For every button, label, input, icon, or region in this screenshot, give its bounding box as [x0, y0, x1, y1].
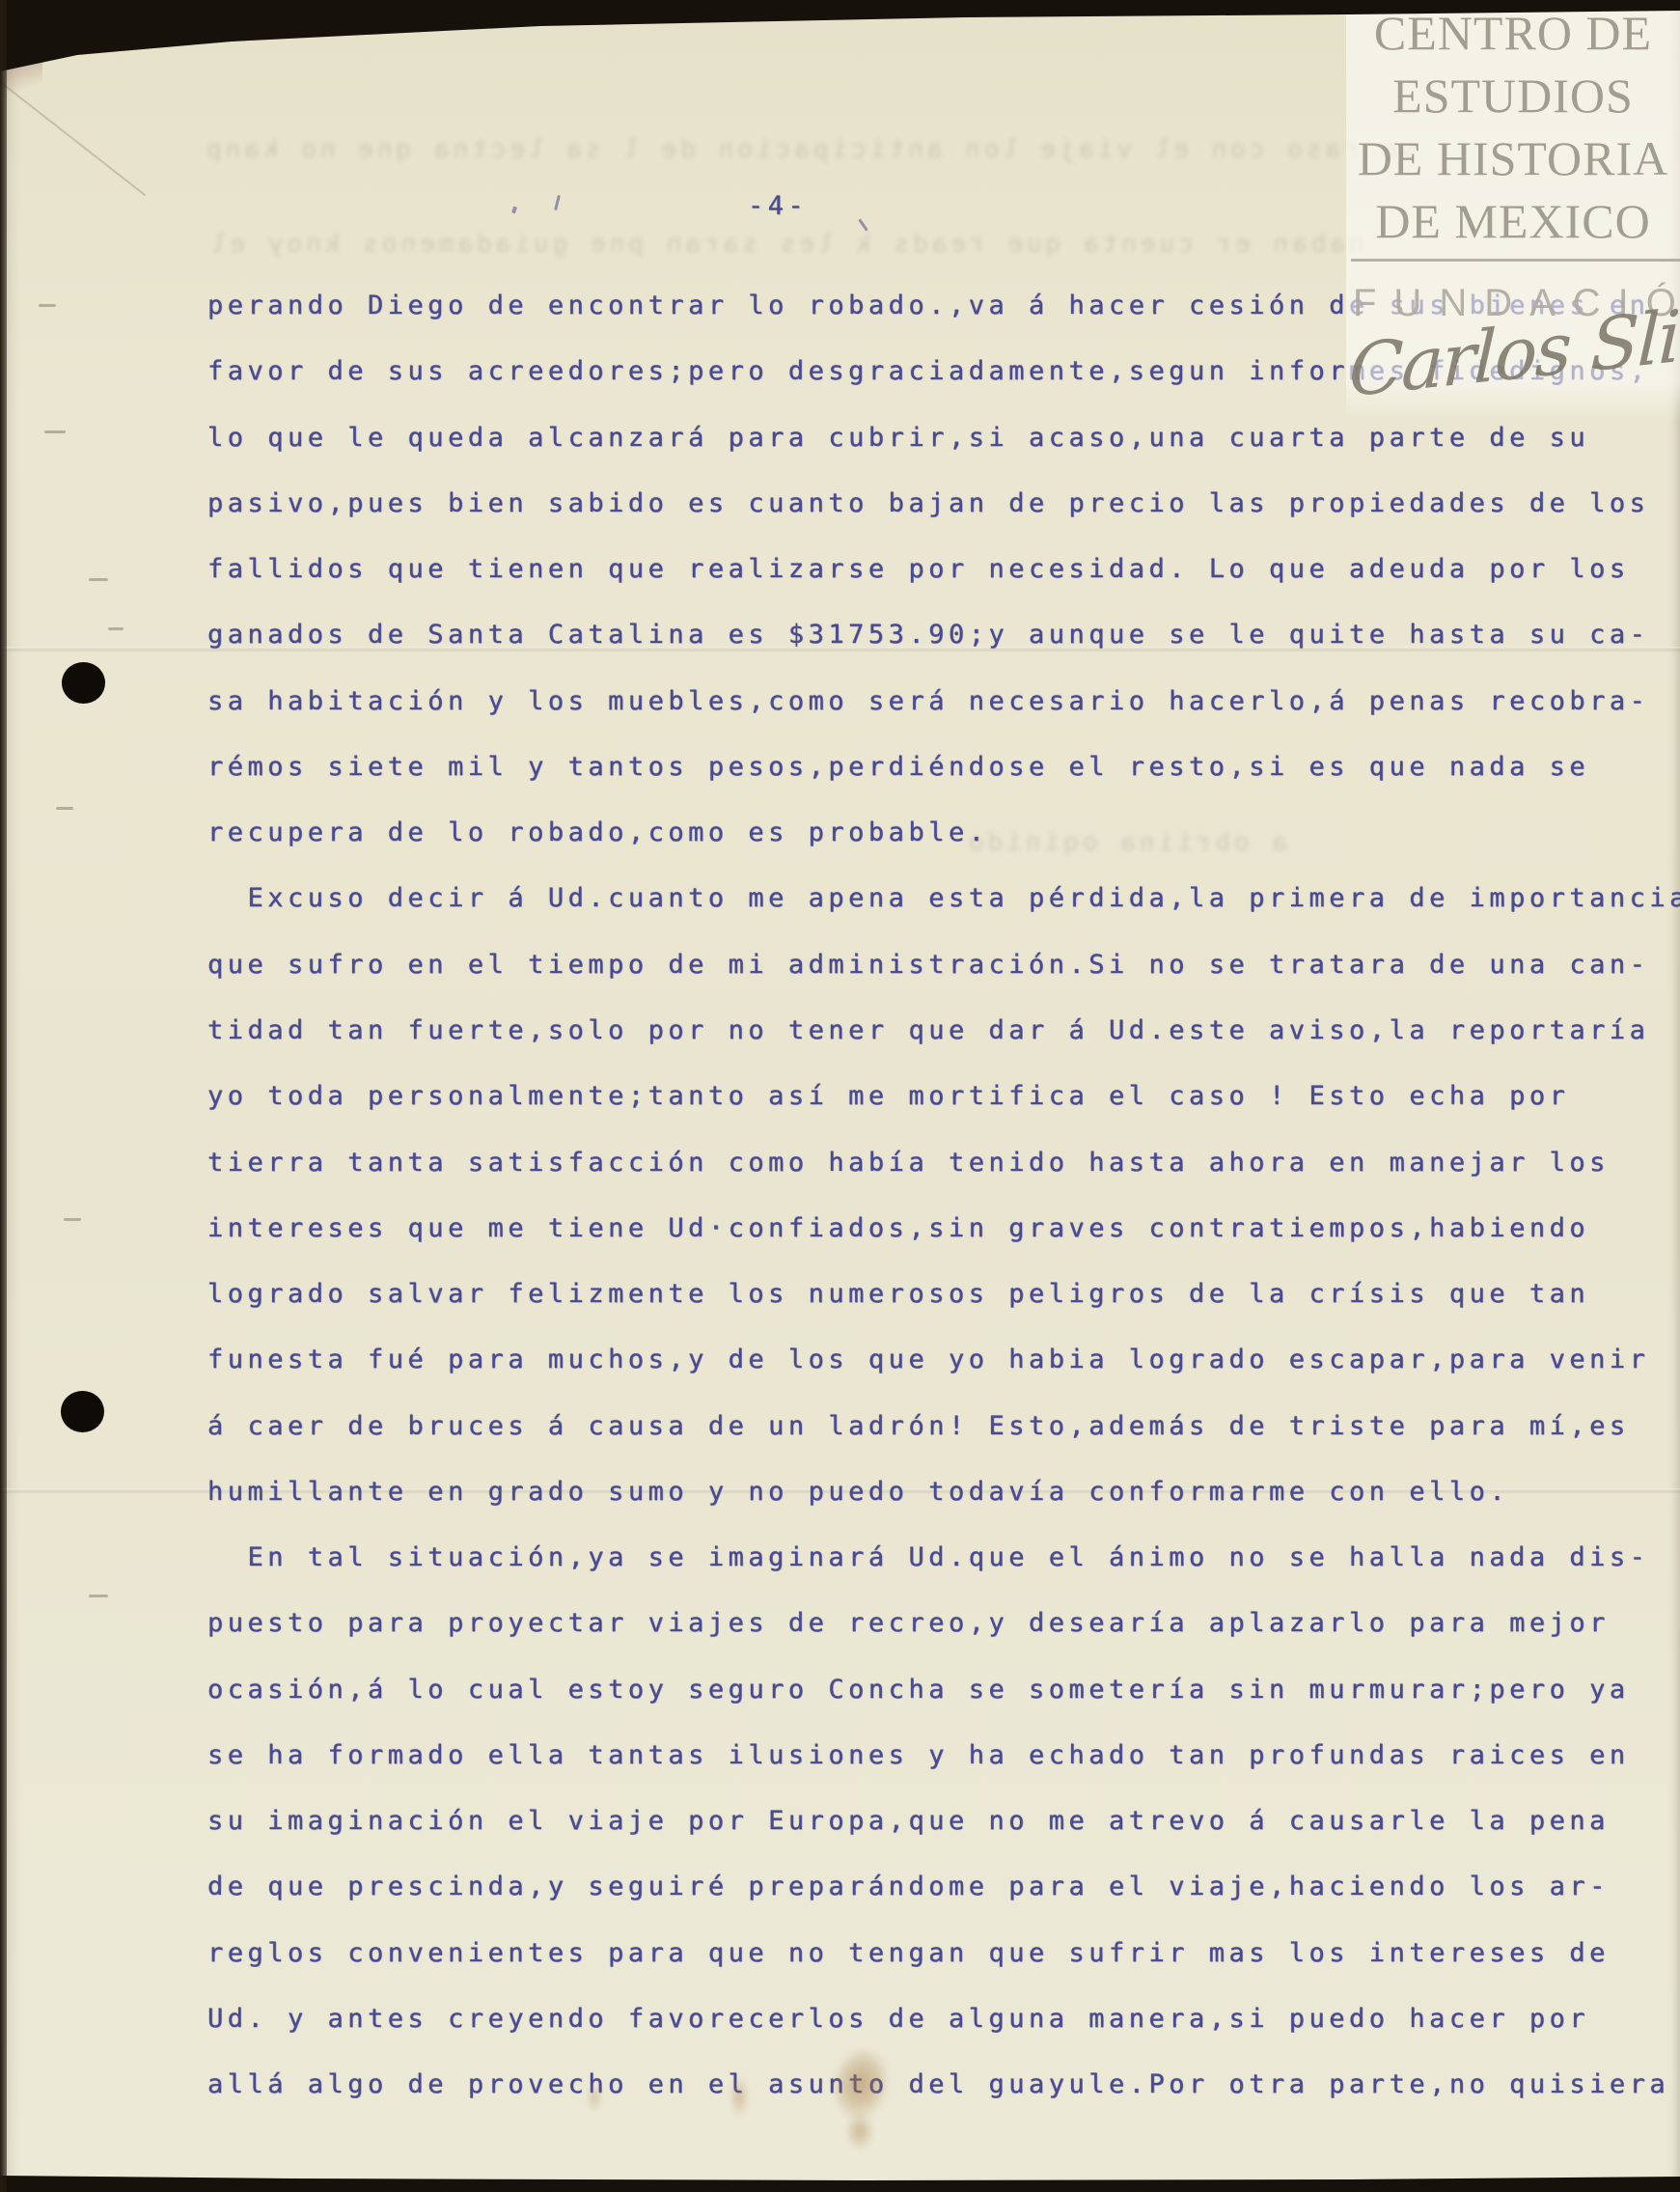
typed-line: logrado salvar felizmente los numerosos … — [207, 1281, 1589, 1307]
typed-line: ganados de Santa Catalina es $31753.90;y… — [207, 622, 1649, 648]
typed-line: Ud. y antes creyendo favorecerlos de alg… — [207, 2006, 1589, 2032]
ghost-bleedthrough-line: a obriina oqinido — [965, 828, 1287, 857]
margin-mark — [64, 1218, 81, 1221]
typed-line: tidad tan fuerte,solo por no tener que d… — [207, 1017, 1649, 1043]
typed-line: En tal situación,ya se imaginará Ud.que … — [207, 1544, 1649, 1570]
margin-mark — [108, 627, 124, 630]
typed-line: sa habitación y los muebles,como será ne… — [207, 688, 1649, 714]
typed-line: que sufro en el tiempo de mi administrac… — [207, 952, 1649, 978]
typed-line: su imaginación el viaje por Europa,que n… — [207, 1808, 1610, 1834]
stain — [845, 2112, 874, 2150]
typed-line: fallidos que tienen que realizarse por n… — [207, 556, 1630, 582]
typed-line: pasivo,pues bien sabido es cuanto bajan … — [207, 490, 1649, 516]
typed-line: rémos siete mil y tantos pesos,perdiéndo… — [207, 754, 1589, 780]
typed-line: intereses que me tiene Ud·confiados,sin … — [207, 1215, 1589, 1241]
typed-line: de que prescinda,y seguiré preparándome … — [207, 1873, 1610, 1900]
ghost-bleedthrough-line: sa raso con el viaje lon anticipacion de… — [203, 135, 1417, 164]
watermark-institution-line: DE HISTORIA — [1346, 134, 1680, 182]
margin-mark — [56, 807, 73, 810]
typed-line: á caer de bruces á causa de un ladrón! E… — [207, 1413, 1630, 1439]
margin-mark — [44, 430, 66, 433]
watermark-institution-line: CENTRO DE — [1346, 9, 1680, 57]
ghost-bleedthrough-line: naban er cuenta que reads k les saran pn… — [207, 230, 1364, 259]
typed-line: reglos convenientes para que no tengan q… — [207, 1940, 1610, 1966]
typed-line: Excuso decir á Ud.cuanto me apena esta p… — [207, 885, 1680, 911]
typed-line: se ha formado ella tantas ilusiones y ha… — [207, 1742, 1630, 1768]
margin-mark — [39, 304, 56, 307]
stain — [587, 2083, 602, 2112]
watermark-institution-line: DE MEXICO — [1346, 197, 1680, 245]
typed-line: lo que le queda alcanzará para cubrir,si… — [207, 425, 1589, 451]
typed-line: ocasión,á lo cual estoy seguro Concha se… — [207, 1677, 1630, 1703]
margin-mark — [89, 578, 108, 581]
typed-line: tierra tanta satisfacción como había ten… — [207, 1150, 1610, 1176]
typed-line: humillante en grado sumo y no puedo toda… — [207, 1479, 1509, 1505]
stain — [730, 2075, 749, 2118]
typed-line: allá algo de provecho en el asunto del g… — [207, 2071, 1669, 2097]
typed-line: recupera de lo robado,como es probable. — [207, 819, 988, 846]
typed-line: funesta fué para muchos,y de los que yo … — [207, 1346, 1649, 1373]
typed-line: puesto para proyectar viajes de recreo,y… — [207, 1610, 1610, 1636]
watermark-divider-line — [1351, 259, 1680, 262]
punch-hole — [62, 662, 105, 704]
typed-line: yo toda personalmente;tanto así me morti… — [207, 1083, 1569, 1109]
scan-edge-left — [0, 0, 7, 2192]
scanned-letter-page: sa raso con el viaje lon anticipacion de… — [0, 0, 1680, 2192]
watermark-institution-line: ESTUDIOS — [1346, 71, 1680, 120]
punch-hole — [61, 1391, 104, 1432]
margin-mark — [89, 1595, 108, 1597]
page-number: -4- — [748, 193, 808, 219]
